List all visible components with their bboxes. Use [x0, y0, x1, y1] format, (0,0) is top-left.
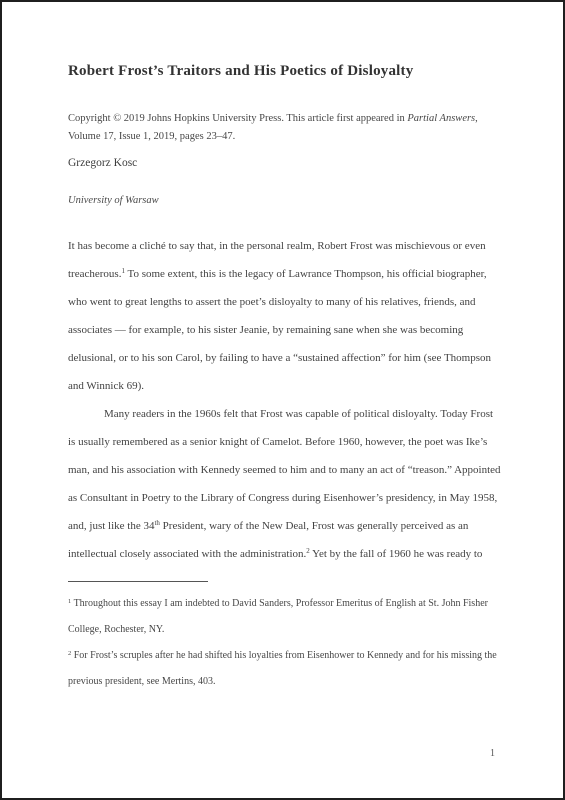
paragraph-1-text-continued: To some extent, this is the legacy of La…	[68, 268, 491, 392]
footnote-1-text: Throughout this essay I am indebted to D…	[68, 598, 488, 635]
footnote-2-text: For Frost’s scruples after he had shifte…	[68, 650, 497, 687]
document-page: Robert Frost’s Traitors and His Poetics …	[0, 0, 565, 800]
article-body: It has become a cliché to say that, in t…	[68, 232, 502, 568]
paragraph-2-text: Many readers in the 1960s felt that Fros…	[68, 408, 501, 532]
footnote-1: 1 Throughout this essay I am indebted to…	[68, 591, 502, 643]
footnote-2: 2 For Frost’s scruples after he had shif…	[68, 643, 502, 695]
paragraph-2-text-end: Yet by the fall of 1960 he was ready to	[310, 548, 483, 560]
copyright-notice: Copyright © 2019 Johns Hopkins Universit…	[68, 110, 502, 146]
footnote-reference-2: 2	[306, 547, 310, 555]
footnote-reference-1: 1	[121, 267, 125, 275]
journal-name: Partial Answers	[407, 113, 475, 124]
page-number: 1	[490, 748, 495, 759]
author-name: Grzegorz Kosc	[68, 155, 502, 172]
footnote-2-marker: 2	[68, 650, 71, 657]
footnote-1-marker: 1	[68, 598, 71, 605]
paragraph-2: Many readers in the 1960s felt that Fros…	[68, 400, 502, 568]
page-content: Robert Frost’s Traitors and His Poetics …	[2, 2, 563, 695]
footnote-separator	[68, 581, 208, 582]
ordinal-suffix: th	[154, 519, 159, 527]
copyright-text: Copyright © 2019 Johns Hopkins Universit…	[68, 113, 407, 124]
author-affiliation: University of Warsaw	[68, 193, 502, 209]
article-title: Robert Frost’s Traitors and His Poetics …	[68, 62, 502, 80]
footnotes-section: 1 Throughout this essay I am indebted to…	[68, 591, 502, 695]
paragraph-1: It has become a cliché to say that, in t…	[68, 232, 502, 400]
